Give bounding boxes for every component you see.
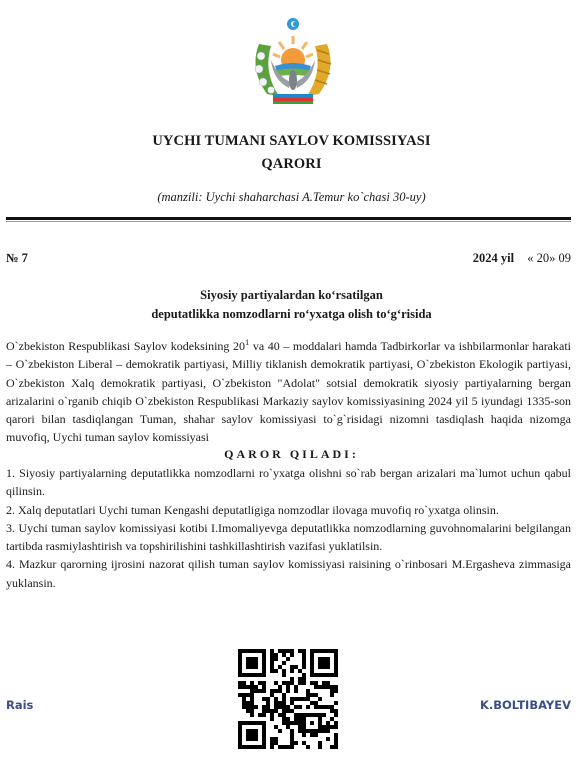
document-number: № 7 [6,251,28,266]
commission-title: UYCHI TUMANI SAYLOV KOMISSIYASI [0,133,583,150]
decision-heading: QAROR QILADI: [0,447,583,462]
signatory-role: Rais [6,698,33,712]
qr-code-icon [238,649,338,749]
preamble-part-1: O`zbekiston Respublikasi Saylov kodeksin… [6,339,245,353]
header-divider-thin [6,221,571,222]
address-line: (manzili: Uychi shaharchasi A.Temur ko`c… [0,190,583,205]
decision-item: 3. Uychi tuman saylov komissiyasi kotibi… [6,519,571,556]
preamble-paragraph: O`zbekiston Respublikasi Saylov kodeksin… [6,337,571,447]
decision-items: 1. Siyosiy partiyalarning deputatlikka n… [6,464,571,592]
subject-line-2: deputatlikka nomzodlarni ro‘yxatga olish… [0,305,583,324]
decision-item: 2. Xalq deputatlari Uychi tuman Kengashi… [6,501,571,519]
document-date: 2024 yil « 20» 09 [473,251,571,266]
preamble-part-2: va 40 – moddalari hamda Tadbirkorlar va … [6,339,571,444]
subject-line-1: Siyosiy partiyalardan ko‘rsatilgan [0,286,583,305]
document-subject: Siyosiy partiyalardan ko‘rsatilgan deput… [0,286,583,324]
decision-item: 1. Siyosiy partiyalarning deputatlikka n… [6,464,571,501]
header-divider [6,217,571,220]
signatory-name: K.BOLTIBAYEV [480,698,571,712]
decision-item: 4. Mazkur qarorning ijrosini nazorat qil… [6,555,571,592]
state-emblem-icon [245,14,341,106]
document-year: 2024 yil [473,251,514,265]
document-day-month: « 20» 09 [527,251,571,265]
document-type-title: QARORI [0,156,583,173]
